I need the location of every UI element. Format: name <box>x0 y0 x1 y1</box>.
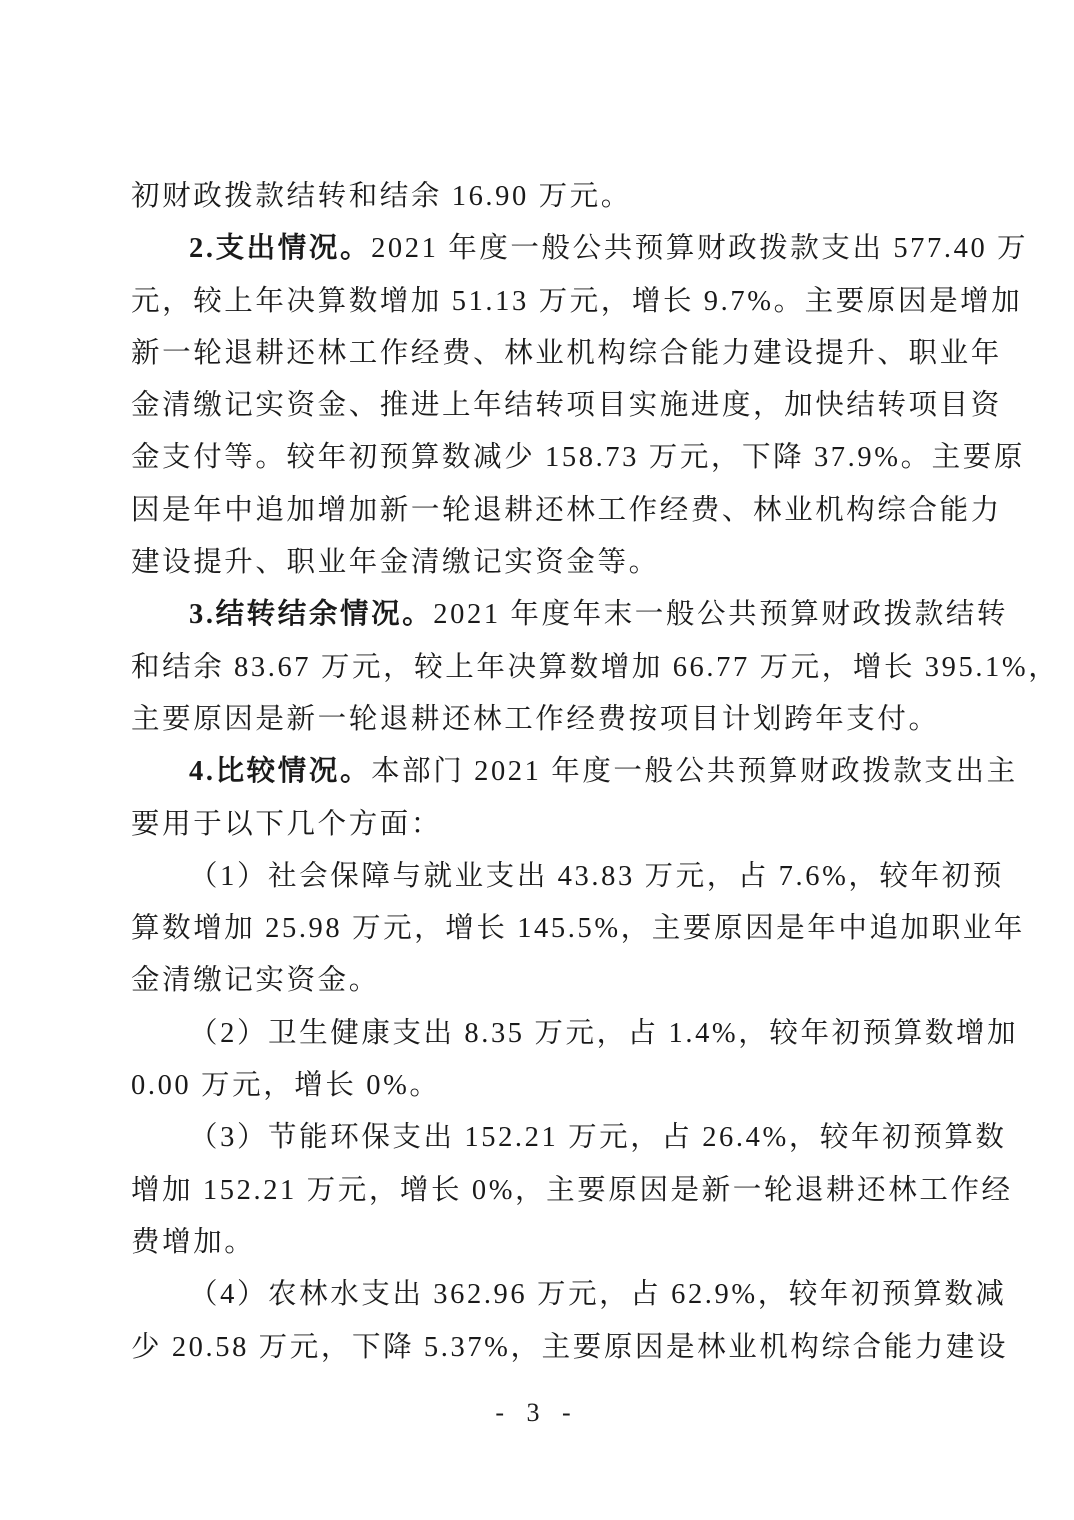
section-title: 3.结转结余情况。 <box>189 599 433 630</box>
text-line: 算数增加 25.98 万元，增长 145.5%，主要原因是年中追加职业年 <box>131 903 946 955</box>
line-text: 费增加。 <box>131 1227 255 1258</box>
line-text: （3）节能环保支出 152.21 万元，占 26.4%，较年初预算数 <box>189 1122 1007 1153</box>
text-line: 元，较上年决算数增加 51.13 万元，增长 9.7%。主要原因是增加 <box>131 276 946 328</box>
section-title: 4.比较情况。 <box>189 756 371 787</box>
text-line: 主要原因是新一轮退耕还林工作经费按项目计划跨年支付。 <box>131 694 946 746</box>
text-line: 新一轮退耕还林工作经费、林业机构综合能力建设提升、职业年 <box>131 328 946 380</box>
list-item-agriculture: （4）农林水支出 362.96 万元，占 62.9%，较年初预算数减 <box>131 1269 946 1321</box>
list-item-environment: （3）节能环保支出 152.21 万元，占 26.4%，较年初预算数 <box>131 1112 946 1164</box>
line-text: 本部门 2021 年度一般公共预算财政拨款支出主 <box>371 756 1018 787</box>
line-text: 和结余 83.67 万元，较上年决算数增加 66.77 万元，增长 395.1%… <box>131 652 1059 683</box>
line-text: （4）农林水支出 362.96 万元，占 62.9%，较年初预算数减 <box>189 1279 1007 1310</box>
line-text: 金清缴记实资金。 <box>131 965 380 996</box>
document-body: 初财政拨款结转和结余 16.90 万元。 2.支出情况。2021 年度一般公共预… <box>131 171 946 1374</box>
line-text: 元，较上年决算数增加 51.13 万元，增长 9.7%。主要原因是增加 <box>131 286 1022 317</box>
line-text: （2）卫生健康支出 8.35 万元，占 1.4%，较年初预算数增加 <box>189 1018 1018 1049</box>
text-line: 金清缴记实资金。 <box>131 955 946 1007</box>
line-text: 增加 152.21 万元，增长 0%，主要原因是新一轮退耕还林工作经 <box>131 1175 1013 1206</box>
text-line: 因是年中追加增加新一轮退耕还林工作经费、林业机构综合能力 <box>131 485 946 537</box>
line-text: 2021 年度一般公共预算财政拨款支出 577.40 万 <box>371 233 1028 264</box>
line-text: 金支付等。较年初预算数减少 158.73 万元，下降 37.9%。主要原 <box>131 442 1025 473</box>
section-heading-comparison: 4.比较情况。本部门 2021 年度一般公共预算财政拨款支出主 <box>131 746 946 798</box>
line-text: 算数增加 25.98 万元，增长 145.5%，主要原因是年中追加职业年 <box>131 913 1025 944</box>
text-line: 费增加。 <box>131 1217 946 1269</box>
text-line: 和结余 83.67 万元，较上年决算数增加 66.77 万元，增长 395.1%… <box>131 642 946 694</box>
section-heading-expenditure: 2.支出情况。2021 年度一般公共预算财政拨款支出 577.40 万 <box>131 223 946 275</box>
text-line: 初财政拨款结转和结余 16.90 万元。 <box>131 171 946 223</box>
text-line: 0.00 万元，增长 0%。 <box>131 1060 946 1112</box>
text-line: 少 20.58 万元，下降 5.37%，主要原因是林业机构综合能力建设 <box>131 1322 946 1374</box>
line-text: 少 20.58 万元，下降 5.37%，主要原因是林业机构综合能力建设 <box>131 1332 1008 1363</box>
line-text: 要用于以下几个方面： <box>131 809 442 840</box>
text-line: 要用于以下几个方面： <box>131 799 946 851</box>
section-title: 2.支出情况。 <box>189 233 371 264</box>
section-heading-carryover: 3.结转结余情况。2021 年度年末一般公共预算财政拨款结转 <box>131 589 946 641</box>
line-text: 金清缴记实资金、推进上年结转项目实施进度，加快结转项目资 <box>131 390 1002 421</box>
line-text: 主要原因是新一轮退耕还林工作经费按项目计划跨年支付。 <box>131 704 940 735</box>
line-text: 2021 年度年末一般公共预算财政拨款结转 <box>433 599 1008 630</box>
line-text: 因是年中追加增加新一轮退耕还林工作经费、林业机构综合能力 <box>131 495 1002 526</box>
list-item-social-security: （1）社会保障与就业支出 43.83 万元，占 7.6%，较年初预 <box>131 851 946 903</box>
line-text: 建设提升、职业年金清缴记实资金等。 <box>131 547 660 578</box>
page-number: - 3 - <box>0 1398 1074 1428</box>
line-text: 新一轮退耕还林工作经费、林业机构综合能力建设提升、职业年 <box>131 338 1002 369</box>
line-text: 0.00 万元，增长 0%。 <box>131 1070 441 1101</box>
text-line: 金清缴记实资金、推进上年结转项目实施进度，加快结转项目资 <box>131 380 946 432</box>
line-text: （1）社会保障与就业支出 43.83 万元，占 7.6%，较年初预 <box>189 861 1004 892</box>
text-line: 增加 152.21 万元，增长 0%，主要原因是新一轮退耕还林工作经 <box>131 1165 946 1217</box>
text-line: 金支付等。较年初预算数减少 158.73 万元，下降 37.9%。主要原 <box>131 432 946 484</box>
line-text: 初财政拨款结转和结余 16.90 万元。 <box>131 181 632 212</box>
text-line: 建设提升、职业年金清缴记实资金等。 <box>131 537 946 589</box>
list-item-health: （2）卫生健康支出 8.35 万元，占 1.4%，较年初预算数增加 <box>131 1008 946 1060</box>
